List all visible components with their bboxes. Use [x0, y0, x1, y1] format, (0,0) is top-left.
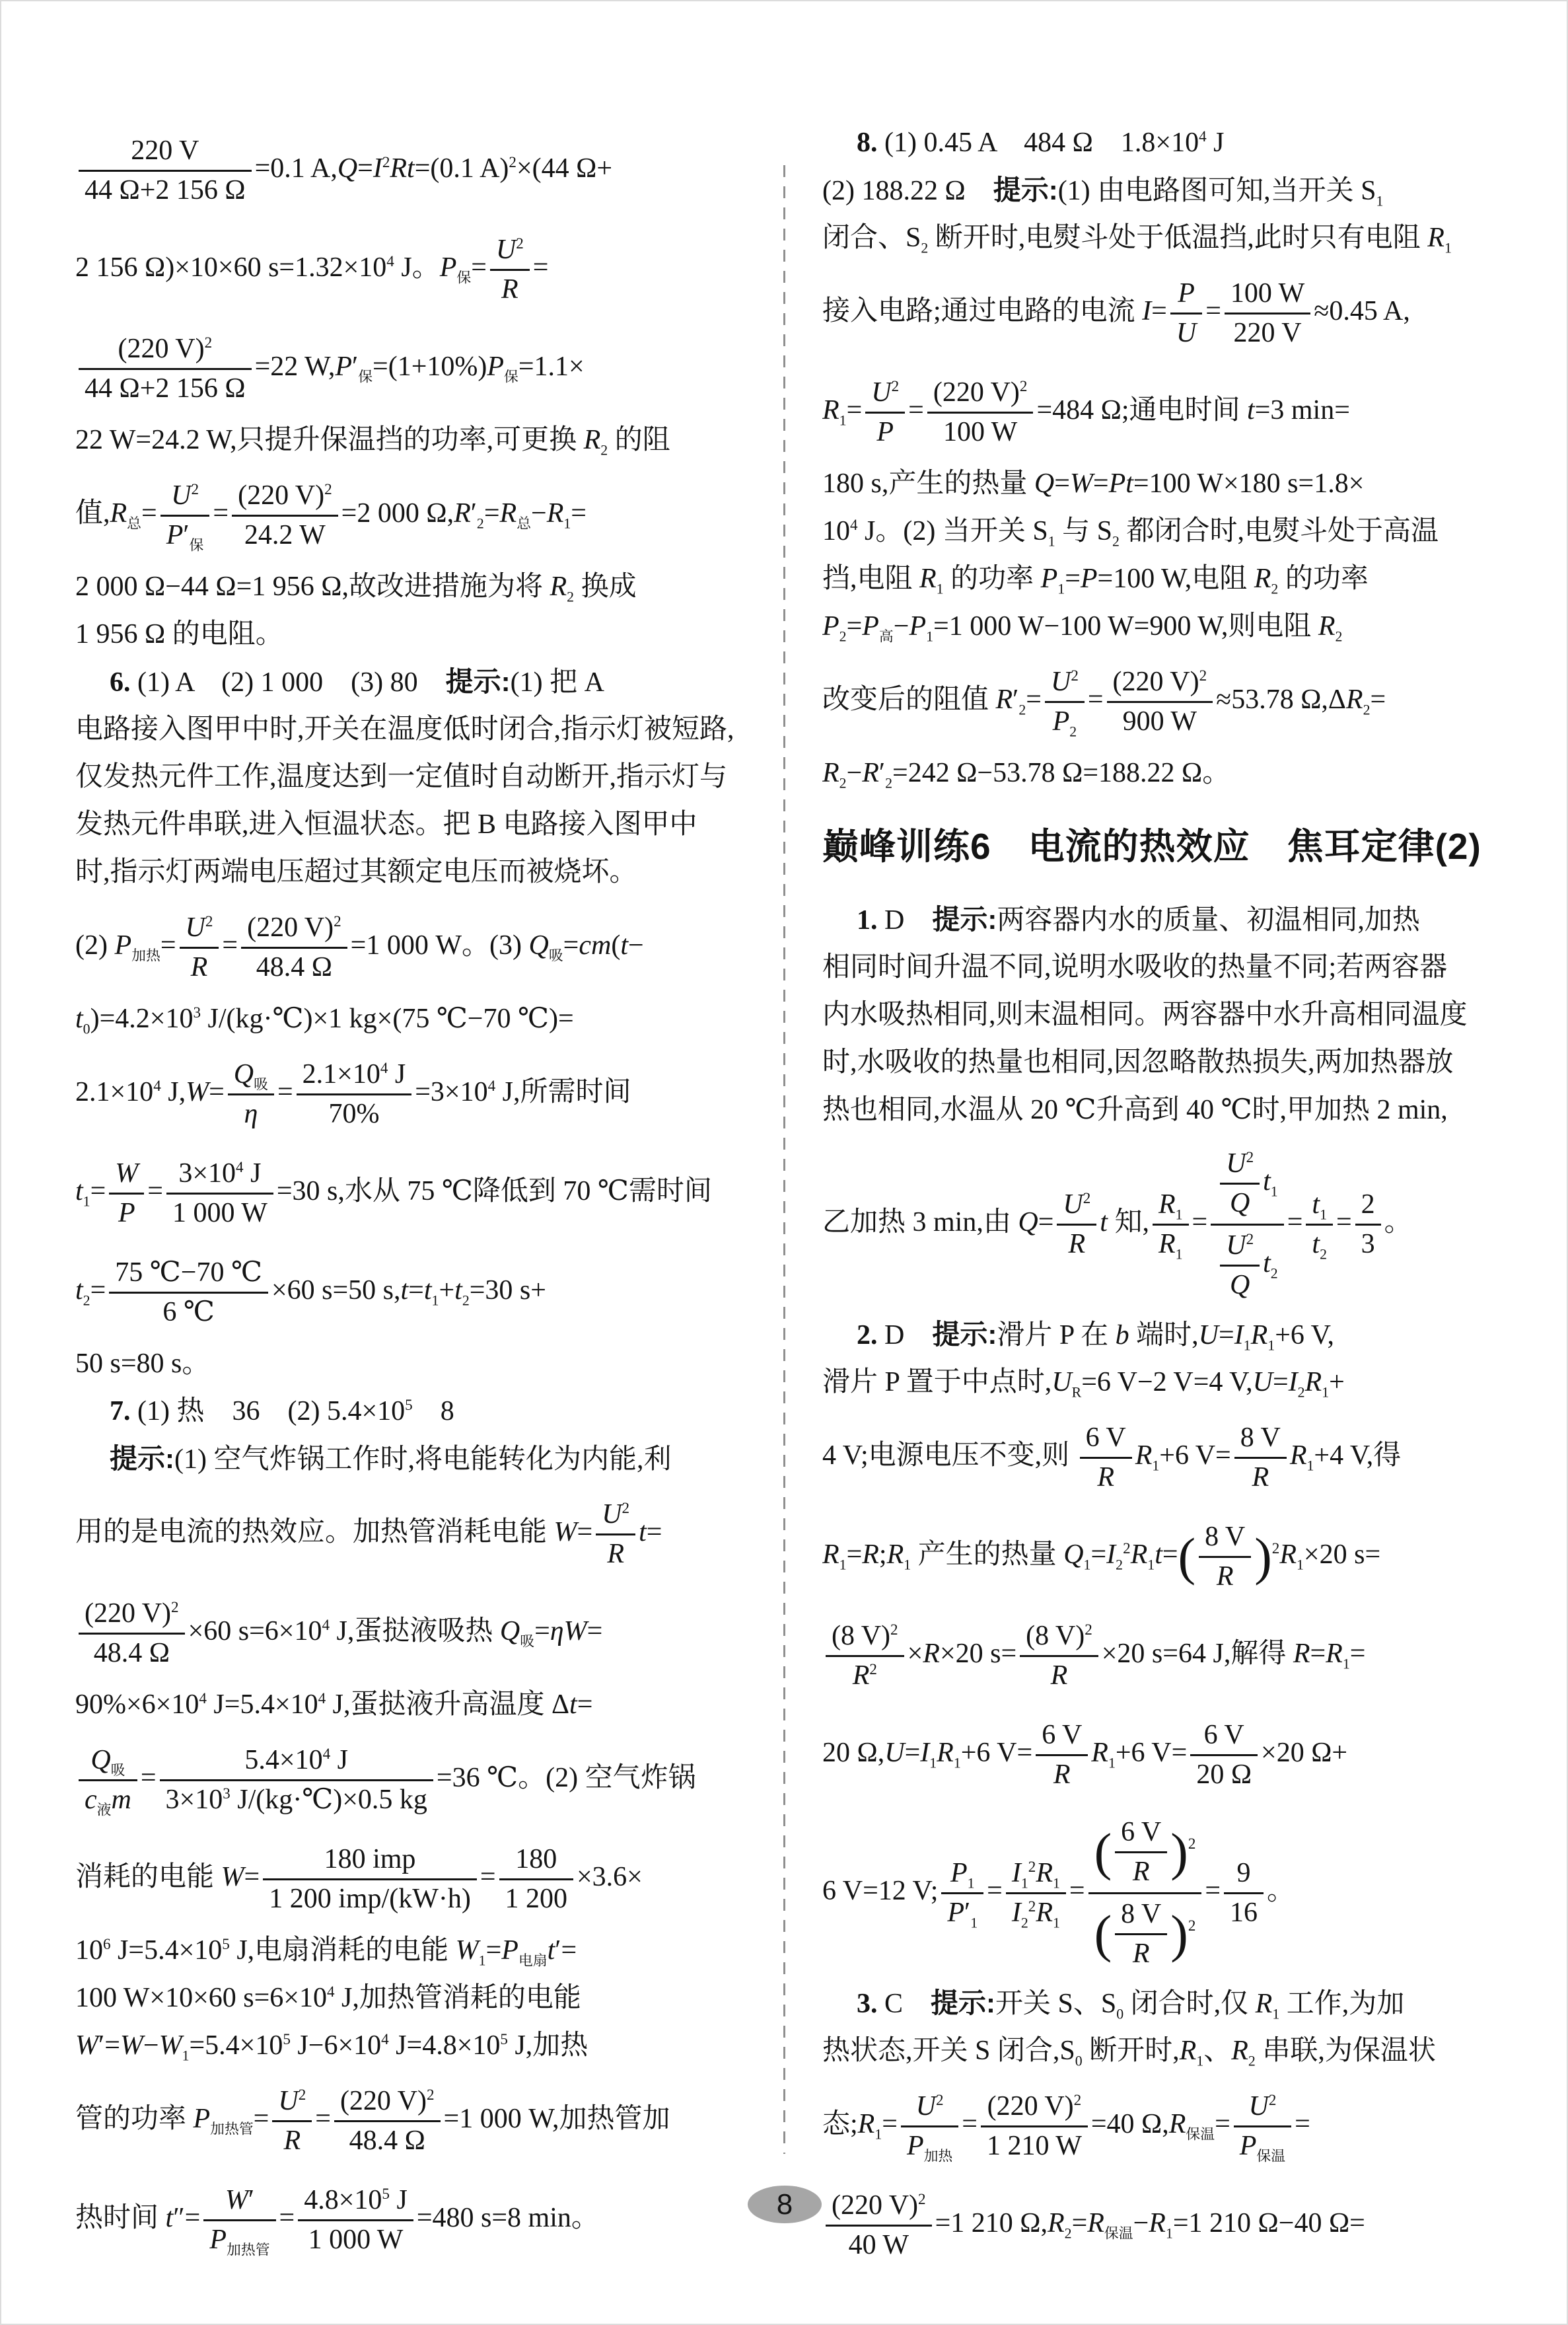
paren-group: (6 VR)2 [1094, 1816, 1196, 1889]
seg-text: = [1093, 468, 1109, 499]
fraction: 23 [1355, 1188, 1381, 1261]
seg-variable: R [1169, 2109, 1186, 2139]
seg-subscript: 0 [1075, 2053, 1083, 2069]
seg-variable: W [456, 1935, 479, 1966]
seg-variable: P [166, 520, 184, 550]
seg-subscript: 2 [1112, 533, 1120, 549]
fraction-numerator: 3×104 J [166, 1157, 273, 1195]
fraction-numerator: 6 V [1190, 1718, 1258, 1756]
text-line: 态;R1=U2P加热=(220 V)21 210 W=40 Ω,R保温=U2P保… [822, 2075, 1524, 2174]
seg-superscript: 4 [850, 516, 858, 533]
seg-text: = [141, 1763, 157, 1793]
seg-text: J−6×10 [291, 2030, 381, 2061]
seg-text: 两容器内水的质量、初温相同,加热 [997, 905, 1420, 936]
seg-variable: I [1142, 296, 1151, 326]
seg-variable: I [1289, 1367, 1298, 1397]
fraction: 6 VR [1080, 1421, 1132, 1495]
fraction-numerator: U2 [272, 2085, 312, 2122]
fraction-numerator: (220 V)2 [1107, 665, 1213, 703]
text-line: 时,水吸收的热量也相同,因忽略散热损失,两加热器放 [822, 1039, 1524, 1086]
fraction-numerator: (220 V)2 [927, 376, 1034, 414]
hint-label: 提示: [932, 1319, 997, 1350]
fraction: U2Q [1220, 1229, 1260, 1302]
text-line: (220 V)240 W=1 210 Ω,R2=R保温−R1=1 210 Ω−4… [822, 2174, 1524, 2273]
seg-text: = [147, 1176, 163, 1206]
seg-variable: R [1131, 1539, 1148, 1570]
seg-subscript: 高 [879, 628, 894, 644]
seg-bold: 2. [857, 1320, 878, 1350]
seg-text: J [388, 1059, 406, 1089]
fraction-numerator: 2 [1355, 1188, 1381, 1226]
seg-superscript: 2 [1188, 1835, 1196, 1852]
fraction: (220 V)248.4 Ω [334, 2085, 441, 2158]
seg-variable: U [1063, 1189, 1083, 1220]
text-line: 热时间 t″=W′P加热管=4.8×105 J1 000 W=480 s=8 m… [75, 2168, 766, 2268]
seg-text: J,加热管消耗的电能 [335, 1983, 581, 2013]
text-line: 提示:(1) 空气炸锅工作时,将电能转化为内能,利 [75, 1435, 766, 1483]
seg-subscript: 1 [432, 1292, 439, 1308]
seg-variable: R [887, 1539, 904, 1570]
seg-subscript: 吸 [254, 1076, 268, 1092]
text-line: 用的是电流的热效应。加热管消耗电能 W=U2Rt= [75, 1483, 766, 1582]
seg-bold: 6. [110, 667, 131, 698]
seg-variable: P [947, 1898, 964, 1928]
text-line: Q吸c液m=5.4×104 J3×103 J/(kg·℃)×0.5 kg=36 … [75, 1728, 766, 1827]
seg-variable: R [1180, 2036, 1197, 2066]
seg-variable: R [1217, 1561, 1234, 1592]
seg-text: 知, [1108, 1207, 1149, 1237]
seg-text: = [408, 1275, 424, 1306]
text-line: 20 Ω,U=I1R1+6 V=6 VRR1+6 V=6 V20 Ω×20 Ω+ [822, 1703, 1524, 1802]
seg-text: ′= [98, 2030, 120, 2061]
seg-variable: t [1312, 1189, 1320, 1220]
fraction-denominator: R [1057, 1226, 1096, 1261]
seg-subscript: 1 [1048, 533, 1055, 549]
fraction-numerator: U2 [1220, 1147, 1260, 1185]
seg-variable: U [1051, 1367, 1071, 1397]
seg-subscript: 1 [937, 581, 944, 597]
seg-subscript: 1 [83, 1193, 90, 1209]
seg-superscript: 2 [1028, 1898, 1036, 1915]
fraction-denominator: 6 ℃ [109, 1294, 268, 1329]
seg-variable: t [75, 1176, 83, 1206]
seg-text: = [533, 252, 549, 283]
fraction: U2Q [1220, 1147, 1260, 1220]
fraction: R1R1 [1153, 1188, 1189, 1261]
seg-superscript: 5 [382, 2185, 390, 2202]
seg-variable: W [1070, 468, 1093, 499]
seg-text: 44 Ω+2 156 Ω [85, 175, 246, 205]
seg-superscript: 4 [153, 1077, 161, 1094]
seg-text: 与 S [1055, 516, 1112, 546]
fraction-numerator: U2 [865, 376, 905, 414]
seg-text: 的阻 [608, 425, 670, 455]
seg-text: 6 V [1204, 1720, 1244, 1750]
seg-text: = [315, 2104, 331, 2134]
seg-subscript: 加热管 [227, 2242, 270, 2258]
seg-variable: R [862, 1539, 879, 1570]
seg-subscript: 加热 [131, 947, 160, 963]
seg-subscript: 1 [1244, 1337, 1251, 1353]
seg-text: = [1054, 468, 1070, 499]
seg-text: 产生的热量 [911, 1539, 1063, 1570]
seg-text: D [878, 905, 933, 936]
seg-text: = [647, 1517, 662, 1547]
seg-subscript: 2 [567, 589, 574, 605]
paren-group: (8 VR)2 [1178, 1520, 1280, 1594]
seg-variable: R [1087, 2208, 1104, 2238]
seg-variable: t [1263, 1248, 1271, 1278]
seg-text: = [1215, 2109, 1230, 2139]
text-line: 2 000 Ω−44 Ω=1 956 Ω,故改进措施为将 R2 换成 [75, 563, 766, 610]
fraction: 2.1×104 J70% [297, 1058, 412, 1131]
seg-superscript: 2 [1188, 1917, 1196, 1934]
seg-text: +4 V,得 [1314, 1440, 1401, 1471]
seg-text: 仅发热元件工作,温度达到一定值时自动断开,指示灯与 [75, 762, 727, 792]
seg-subscript: 1 [1166, 2225, 1173, 2241]
seg-variable: t [1312, 1229, 1320, 1259]
seg-superscript: 4 [199, 1689, 207, 1707]
seg-text: 闭合时,仅 [1123, 1989, 1256, 2019]
fraction: U2P加热 [901, 2090, 958, 2163]
seg-text: 消耗的电能 [75, 1862, 221, 1892]
text-line: 106 J=5.4×105 J,电扇消耗的电能 W1=P电扇t′= [75, 1927, 766, 1974]
seg-text: 发热元件串联,进入恒温状态。把 B 电路接入图甲中 [75, 809, 697, 840]
seg-text: ×20 s=64 J,解得 [1102, 1639, 1293, 1669]
seg-text: = [847, 395, 863, 425]
fraction-numerator: 180 [499, 1843, 574, 1880]
fraction-denominator: R [1020, 1657, 1098, 1693]
seg-text: 滑片 P 在 [997, 1320, 1115, 1350]
seg-variable: R [1254, 564, 1271, 594]
seg-text: (1) A (2) 1 000 (3) 80 [131, 667, 446, 698]
seg-subscript: 保温 [1186, 2126, 1215, 2142]
seg-text: 100 W×10×60 s=6×10 [75, 1983, 327, 2013]
seg-variable: t [569, 1689, 577, 1720]
fraction-numerator: 220 V [79, 134, 252, 172]
seg-variable: P [876, 417, 894, 447]
text-line: 挡,电阻 R1 的功率 P1=P=100 W,电阻 R2 的功率 [822, 555, 1524, 603]
seg-variable: U [1226, 1230, 1246, 1261]
fraction: 4.8×105 J1 000 W [298, 2184, 413, 2257]
seg-text: 的功率 [944, 564, 1041, 594]
fraction-numerator: (220 V)2 [79, 1597, 185, 1635]
seg-text: ×60 s=6×10 [188, 1616, 322, 1646]
fraction-denominator: R [1199, 1558, 1251, 1594]
seg-text: ( [611, 930, 620, 961]
seg-text: − [531, 498, 547, 529]
seg-text: 时,水吸收的热量也相同,因忽略散热损失,两加热器放 [822, 1047, 1454, 1078]
fraction-denominator: 3×103 J/(kg·℃)×0.5 kg [160, 1781, 433, 1817]
seg-variable: R [858, 2109, 875, 2139]
seg-superscript: 2 [1028, 1858, 1036, 1875]
fraction-denominator: 1 210 W [981, 2127, 1088, 2163]
seg-text: 接入电路;通过电路的电流 [822, 296, 1142, 326]
fraction: W′P加热管 [203, 2184, 275, 2257]
seg-text: = [279, 2203, 295, 2233]
seg-variable: t [639, 1517, 647, 1547]
fraction: (8 V)2R2 [826, 1619, 904, 1693]
seg-subscript: 保 [456, 270, 471, 285]
seg-text: =36 ℃。(2) 空气炸锅 [437, 1763, 696, 1793]
seg-text: − [143, 2030, 159, 2061]
seg-superscript: 2 [191, 480, 199, 498]
fraction-numerator: (220 V)2 [334, 2085, 441, 2122]
fraction-numerator: R1 [1153, 1188, 1189, 1226]
fraction: U2R [1057, 1188, 1096, 1261]
fraction-denominator: 20 Ω [1190, 1756, 1258, 1792]
fraction-numerator: U2 [901, 2090, 958, 2127]
seg-text: (220 V) [933, 377, 1020, 408]
fraction: (220 V)21 210 W [981, 2090, 1088, 2163]
text-line: (220 V)248.4 Ω×60 s=6×104 J,蛋挞液吸热 Q吸=ηW= [75, 1582, 766, 1681]
text-line: 乙加热 3 min,由 Q=U2Rt 知,R1R1=U2Qt1U2Qt2=t1t… [822, 1134, 1524, 1311]
seg-text: 工作,为加 [1279, 1989, 1404, 2019]
fraction-numerator: 9 [1224, 1857, 1264, 1894]
fraction-numerator: 180 imp [263, 1843, 477, 1880]
seg-text: = [160, 930, 176, 961]
seg-text: = [882, 2109, 898, 2139]
seg-text: +6 V, [1275, 1320, 1334, 1350]
seg-variable: Q [1230, 1270, 1250, 1300]
seg-text: 1 000 W [172, 1198, 267, 1228]
seg-subscript: 吸 [549, 947, 563, 963]
seg-text: =1 000 W−100 W=900 W,则电阻 [933, 611, 1318, 642]
seg-variable: P [1053, 706, 1070, 737]
text-line: (8 V)2R2×R×20 s=(8 V)2R×20 s=64 J,解得 R=R… [822, 1604, 1524, 1703]
text-line: 闭合、S2 断开时,电熨斗处于低温挡,此时只有电阻 R1 [822, 214, 1524, 262]
seg-text: = [1295, 2109, 1310, 2139]
seg-variable: P [862, 611, 879, 642]
seg-text: 挡,电阻 [822, 564, 919, 594]
seg-variable: U [171, 480, 191, 511]
text-line: 消耗的电能 W=180 imp1 200 imp/(kW·h)=1801 200… [75, 1827, 766, 1927]
text-line: 2.1×104 J,W=Q吸η=2.1×104 J70%=3×104 J,所需时… [75, 1043, 766, 1142]
seg-text: 8 [413, 1396, 454, 1426]
seg-variable: t [75, 1275, 83, 1306]
open-paren-glyph: ( [1094, 1905, 1112, 1963]
seg-subscript: 1 [1108, 1755, 1116, 1771]
seg-variable: I [920, 1738, 929, 1768]
seg-text: =3 min= [1255, 395, 1350, 425]
fraction-numerator: (220 V)2 [241, 911, 347, 949]
seg-subscript: 2 [1069, 723, 1077, 739]
fraction: 1801 200 [499, 1843, 574, 1916]
seg-text: ×60 s=50 s, [271, 1275, 401, 1306]
seg-text: 6 ℃ [162, 1297, 214, 1327]
text-line: (220 V)244 Ω+2 156 Ω=22 W,P′保=(1+10%)P保=… [75, 317, 766, 416]
text-line: 管的功率 P加热管=U2R=(220 V)248.4 Ω=1 000 W,加热管… [75, 2069, 766, 2168]
seg-variable: R [1097, 1462, 1114, 1493]
seg-text: J/(kg·℃)×1 kg×(75 ℃−70 ℃)= [201, 1004, 574, 1034]
seg-subscript: 1 [1147, 1557, 1155, 1572]
fraction: U2R [490, 233, 530, 307]
seg-superscript: 4 [236, 1158, 244, 1175]
seg-subscript: 吸 [111, 1762, 125, 1778]
fraction-numerator: (220 V)2 [232, 479, 338, 517]
fraction: t1t2 [1306, 1188, 1333, 1261]
fraction-denominator: 16 [1224, 1894, 1264, 1930]
text-line: 100 W×10×60 s=6×104 J,加热管消耗的电能 [75, 1974, 766, 2022]
seg-text: ′ [183, 520, 189, 550]
seg-subscript: 2 [839, 628, 847, 644]
seg-superscript: 4 [318, 1689, 326, 1707]
seg-text: ′ [879, 758, 885, 788]
seg-text: 改变后的阻值 [822, 684, 996, 715]
seg-variable: I [373, 153, 382, 184]
seg-text: (1) 空气炸锅工作时,将电能转化为内能,利 [174, 1444, 671, 1475]
seg-text: (8 V) [1026, 1621, 1085, 1651]
fraction: 6 VR [1115, 1816, 1167, 1889]
text-line: 热也相同,水温从 20 ℃升高到 40 ℃时,甲加热 2 min, [822, 1086, 1524, 1134]
seg-subscript: 2 [83, 1292, 90, 1308]
seg-text: 热状态,开关 S 闭合,S [822, 2036, 1075, 2066]
seg-superscript: 2 [382, 153, 390, 170]
fraction-denominator: 48.4 Ω [334, 2122, 441, 2158]
seg-variable: P [1240, 2131, 1257, 2161]
seg-variable: Q [528, 930, 548, 961]
seg-text: = [847, 1539, 863, 1570]
seg-subscript: 2 [1021, 1915, 1028, 1931]
seg-text: J [390, 2185, 408, 2215]
seg-text: = [1371, 684, 1386, 715]
seg-subscript: 2 [921, 240, 928, 256]
seg-superscript: 4 [1199, 128, 1207, 145]
seg-variable: R [1091, 1738, 1108, 1768]
seg-text: 4 V;电源电压不变,则 [822, 1440, 1077, 1471]
seg-variable: I [1012, 1858, 1021, 1888]
seg-text: 滑片 P 置于中点时, [822, 1367, 1051, 1397]
seg-text: 16 [1230, 1898, 1258, 1928]
seg-superscript: 2 [205, 912, 213, 930]
seg-text: +6 V= [1159, 1440, 1230, 1471]
seg-text: 900 W [1123, 706, 1197, 737]
fraction-numerator: 8 V [1199, 1520, 1251, 1558]
seg-text: =22 W, [255, 351, 336, 382]
seg-subscript: 总 [127, 515, 141, 531]
seg-text: 2 000 Ω−44 Ω=1 956 Ω,故改进措施为将 [75, 572, 550, 602]
seg-text: ′ [352, 351, 358, 382]
seg-variable: U [884, 1738, 904, 1768]
seg-text: = [484, 498, 500, 529]
seg-superscript: 4 [386, 252, 394, 270]
seg-text: × [908, 1639, 923, 1669]
seg-superscript: 5 [500, 2030, 508, 2048]
section-header: 巅峰训练6 电流的热效应 焦耳定律(2) [822, 797, 1524, 896]
seg-subscript: 1 [1176, 1246, 1183, 1262]
fraction-numerator: U2 [180, 911, 219, 949]
seg-variable: R [1346, 684, 1363, 715]
seg-text: = [213, 498, 229, 529]
right-column: 8. (1) 0.45 A 484 Ω 1.8×104 J(2) 188.22 … [822, 119, 1524, 2273]
seg-subscript: 2 [1336, 628, 1343, 644]
seg-subscript: 2 [839, 775, 847, 791]
seg-subscript: 1 [563, 515, 571, 531]
seg-variable: R [550, 572, 567, 602]
seg-variable: t [454, 1275, 462, 1306]
seg-subscript: 1 [1297, 1557, 1304, 1572]
seg-text: C [878, 1989, 931, 2019]
seg-text: 时,指示灯两端电压超过其额定电压而被烧坏。 [75, 857, 637, 887]
text-line: t2=75 ℃−70 ℃6 ℃×60 s=50 s,t=t1+t2=30 s+ [75, 1241, 766, 1340]
seg-variable: R [919, 564, 937, 594]
seg-bold: 1. [857, 905, 878, 936]
seg-variable: R [1135, 1440, 1153, 1471]
close-paren-glyph: ) [1254, 1528, 1272, 1586]
seg-text: 2 156 Ω)×10×60 s=1.32×10 [75, 252, 386, 283]
seg-subscript: 液 [97, 1802, 112, 1818]
page-number: 8 [777, 2188, 793, 2221]
seg-variable: P [118, 1198, 135, 1228]
fraction-denominator: 1 000 W [166, 1195, 273, 1230]
seg-text: − [894, 611, 909, 642]
fraction: 8 VR [1199, 1520, 1251, 1594]
seg-superscript: 2 [516, 235, 524, 252]
seg-text: J [244, 1158, 262, 1189]
seg-superscript: 2 [936, 2091, 944, 2108]
seg-variable: R [584, 425, 601, 455]
seg-text: 6 V=12 V; [822, 1876, 938, 1906]
seg-variable: R [501, 274, 518, 305]
fraction-numerator: W [109, 1157, 144, 1195]
seg-text: 20 Ω, [822, 1738, 884, 1768]
fraction: PU [1170, 277, 1202, 350]
fraction-denominator: P [109, 1195, 144, 1230]
text-line: 7. (1) 热 36 (2) 5.4×105 8 [75, 1387, 766, 1435]
seg-variable: R [110, 498, 127, 529]
seg-subscript: 加热管 [210, 2121, 254, 2137]
seg-variable: R [1133, 1857, 1150, 1887]
seg-variable: W [120, 2030, 143, 2061]
seg-variable: P [487, 351, 504, 382]
fraction-numerator: 100 W [1225, 277, 1310, 314]
seg-superscript: 4 [488, 1077, 496, 1094]
seg-superscript: 2 [869, 1660, 877, 1678]
seg-variable: R [822, 395, 839, 425]
seg-text: 、 [1203, 2036, 1231, 2066]
seg-subscript: 保温 [1104, 2225, 1133, 2241]
fraction: 3×104 J1 000 W [166, 1157, 273, 1230]
seg-text: − [847, 758, 863, 788]
seg-text: 24.2 W [244, 520, 326, 550]
seg-variable: Q [1018, 1207, 1038, 1237]
seg-variable: R [1252, 1462, 1269, 1493]
fraction-denominator: 44 Ω+2 156 Ω [79, 172, 252, 207]
fraction-denominator: I22R1 [1006, 1894, 1066, 1930]
fraction-denominator: Q [1220, 1267, 1260, 1302]
seg-variable: t [548, 1935, 555, 1966]
seg-text: (220 V) [987, 2091, 1074, 2122]
text-line: 发热元件串联,进入恒温状态。把 B 电路接入图甲中 [75, 801, 766, 848]
seg-text: =1 210 Ω, [935, 2208, 1048, 2238]
seg-subscript: 1 [1444, 240, 1452, 256]
seg-variable: P [822, 611, 839, 642]
seg-text: 220 V [131, 135, 199, 166]
fraction-denominator: 1 200 [499, 1880, 574, 1916]
seg-subscript: 1 [874, 2126, 882, 2142]
seg-variable: R [500, 498, 517, 529]
text-line: 2. D 提示:滑片 P 在 b 端时,U=I1R1+6 V, [822, 1311, 1524, 1358]
seg-text: = [141, 498, 157, 529]
seg-subscript: 2 [1271, 1265, 1278, 1281]
seg-subscript: 2 [1116, 1557, 1123, 1572]
text-line: 1 956 Ω 的电阻。 [75, 610, 766, 658]
seg-text: 的功率 [1278, 564, 1369, 594]
fraction-numerator: U2 [1057, 1188, 1096, 1226]
seg-variable: P [501, 1935, 518, 1966]
fraction-numerator: (8 V)2 [1020, 1619, 1098, 1657]
seg-variable: R [1068, 1229, 1085, 1259]
